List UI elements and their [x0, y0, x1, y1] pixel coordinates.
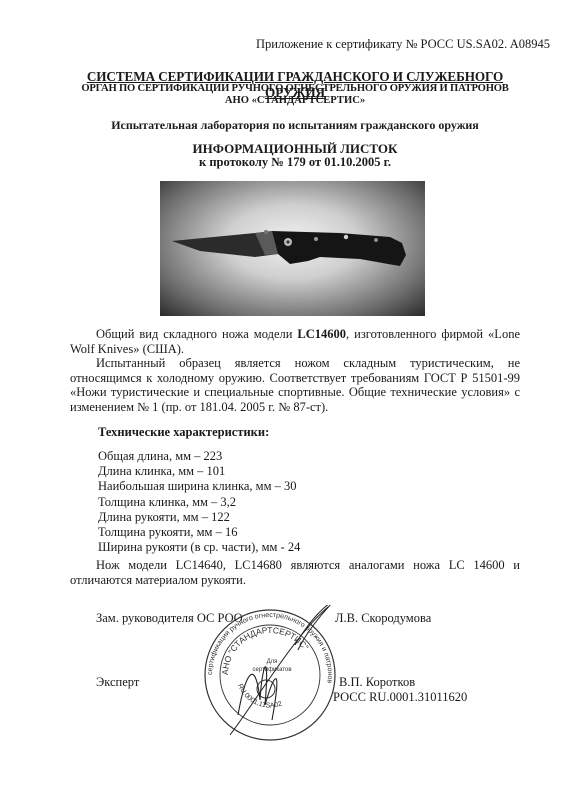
spec-item: Общая длина, мм – 223 [98, 449, 300, 464]
expert-registration-number: РОСС RU.0001.31011620 [333, 690, 467, 705]
paragraph-compliance: Испытанный образец является ножом складн… [70, 356, 520, 414]
signatory-role-expert: Эксперт [96, 675, 139, 690]
official-stamp: сертификации ручного огнестрельного оруж… [200, 605, 340, 745]
spec-item: Ширина рукояти (в ср. части), мм - 24 [98, 540, 300, 555]
svg-text:сертификатов: сертификатов [252, 667, 291, 673]
spec-item: Толщина клинка, мм – 3,2 [98, 495, 300, 510]
signatory-name-deputy-head: Л.В. Скородумова [335, 611, 431, 626]
spec-item: Наибольшая ширина клинка, мм – 30 [98, 479, 300, 494]
protocol-reference: к протоколу № 179 от 01.10.2005 г. [60, 155, 530, 170]
folding-knife-photo [160, 181, 425, 316]
organization-name: АНО «СТАНДАРТСЕРТИС» [60, 95, 530, 106]
paragraph-general-view: Общий вид складного ножа модели LC14600,… [70, 327, 520, 356]
spec-item: Толщина рукояти, мм – 16 [98, 525, 300, 540]
certificate-annex-line: Приложение к сертификату № РОСС US.SA02.… [256, 37, 550, 52]
spec-item: Длина рукояти, мм – 122 [98, 510, 300, 525]
spec-item: Длина клинка, мм – 101 [98, 464, 300, 479]
paragraph-analogues: Нож модели LC14640, LC14680 являются ана… [70, 558, 520, 587]
signatory-name-expert: В.П. Коротков [339, 675, 415, 690]
laboratory-name: Испытательная лаборатория по испытаниям … [60, 118, 530, 133]
specs-heading: Технические характеристики: [98, 425, 269, 440]
specs-list: Общая длина, мм – 223 Длина клинка, мм –… [98, 449, 300, 555]
knife-model: LC14600 [297, 327, 346, 341]
svg-text:Для: Для [267, 659, 278, 665]
certification-organ: ОРГАН ПО СЕРТИФИКАЦИИ РУЧНОГО ОГНЕСТРЕЛЬ… [60, 83, 530, 94]
knife-icon [160, 181, 425, 316]
stamp-seal-icon: сертификации ручного огнестрельного оруж… [200, 605, 340, 745]
